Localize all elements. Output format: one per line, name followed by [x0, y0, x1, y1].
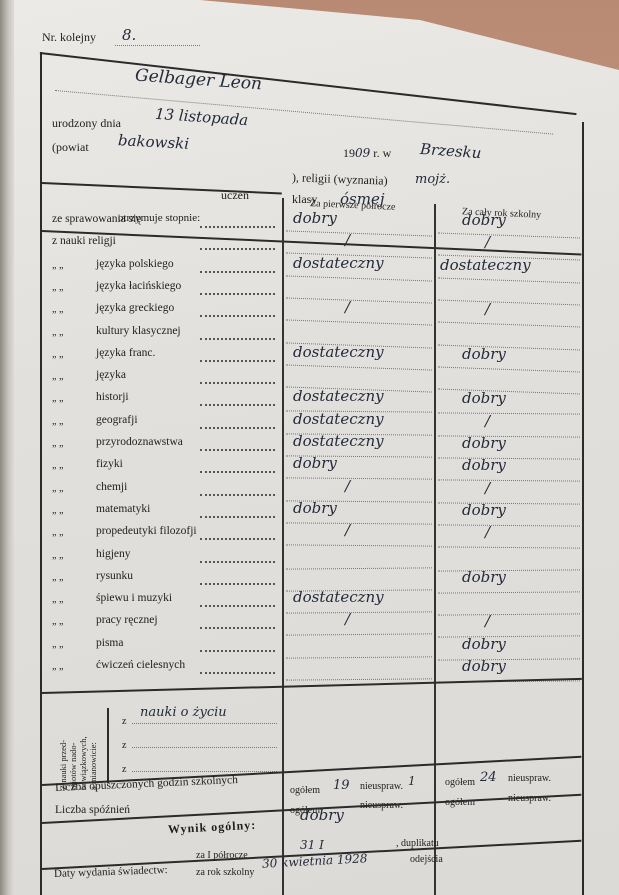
- year-date-label: za rok szkolny: [196, 867, 254, 878]
- grade-full-year: /: [485, 412, 490, 430]
- grade-full-year: dobry: [462, 657, 506, 675]
- overall-result-value: dobry: [300, 806, 344, 824]
- year-unexcused-label: nieuspraw.: [508, 773, 551, 784]
- leader-dots: [200, 226, 275, 228]
- leader-dots: [200, 516, 275, 518]
- leader-dots: [200, 248, 275, 250]
- religion-value: mojż.: [415, 172, 450, 187]
- subject-label: rysunku: [96, 570, 133, 582]
- grade-first-half: dostateczny: [293, 432, 384, 450]
- grade-full-year: dostateczny: [440, 256, 531, 274]
- optional-row-3-prefix: z: [122, 764, 126, 775]
- grade-full-year: /: [485, 612, 490, 630]
- serial-label: Nr. kolejny: [42, 30, 96, 45]
- subject-label: pracy ręcznej: [96, 614, 158, 626]
- year-total-label: ogółem: [445, 777, 475, 788]
- optional-row-1-prefix: z: [122, 716, 126, 727]
- grade-full-year: dobry: [462, 211, 506, 229]
- subject-label: pisma: [96, 637, 123, 649]
- subject-label: higjeny: [96, 548, 131, 560]
- ditto-mark: „ „: [52, 438, 63, 449]
- first-half-unexcused-value: 1: [408, 774, 416, 788]
- optional-row-1-line: [132, 723, 277, 724]
- frame-left-border: [40, 52, 42, 895]
- leader-dots: [200, 672, 275, 674]
- grade-first-half: dobry: [293, 454, 337, 472]
- grade-full-year: dobry: [462, 635, 506, 653]
- frame-right-border: [582, 122, 584, 895]
- ditto-mark: „ „: [52, 460, 63, 471]
- grade-first-half: /: [345, 298, 350, 316]
- subject-label: przyrodoznawstwa: [96, 436, 183, 448]
- first-half-total-label: ogółem: [290, 785, 320, 796]
- leader-dots: [200, 627, 275, 629]
- subject-label: z nauki religji: [52, 235, 116, 247]
- leader-dots: [200, 583, 275, 585]
- leader-dots: [200, 605, 275, 607]
- serial-value: 8.: [122, 26, 136, 44]
- grade-full-year: dobry: [462, 434, 506, 452]
- col-divider-2: [434, 204, 436, 895]
- subject-label: języka polskiego: [96, 258, 174, 270]
- subject-label: matematyki: [96, 503, 150, 515]
- grade-full-year: /: [485, 233, 490, 251]
- ditto-mark: „ „: [52, 550, 63, 561]
- ditto-mark: „ „: [52, 416, 63, 427]
- grade-first-half: /: [345, 521, 350, 539]
- subject-label: geografji: [96, 414, 138, 426]
- leader-dots: [200, 650, 275, 652]
- ditto-mark: „ „: [52, 483, 63, 494]
- grade-full-year: dobry: [462, 456, 506, 474]
- subject-label: historji: [96, 391, 129, 403]
- year-total-value: 24: [480, 770, 497, 785]
- leaving-label: odejścia: [410, 854, 443, 865]
- serial-underline: [115, 45, 200, 46]
- grade-full-year: /: [485, 300, 490, 318]
- ditto-mark: „ „: [52, 327, 63, 338]
- leader-dots: [200, 538, 275, 540]
- grade-first-half: /: [345, 610, 350, 628]
- optional-row-1-value: nauki o życiu: [140, 705, 227, 720]
- ditto-mark: „ „: [52, 527, 63, 538]
- first-half-date-label: za I półrocze: [196, 850, 248, 861]
- place-label: r. w: [373, 146, 391, 160]
- first-half-unexcused-label: nieuspraw.: [360, 781, 403, 792]
- subject-label: fizyki: [96, 458, 123, 470]
- born-label: urodzony dnia: [52, 116, 121, 131]
- optional-row-2-line: [132, 747, 277, 748]
- leader-dots: [200, 338, 275, 340]
- district-label: (powiat: [52, 140, 89, 155]
- leader-dots: [200, 561, 275, 563]
- birth-year: 1909 r. w: [343, 146, 391, 161]
- leader-dots: [200, 360, 275, 362]
- ditto-mark: „ „: [52, 282, 63, 293]
- grade-full-year: dobry: [462, 501, 506, 519]
- ditto-mark: „ „: [52, 594, 63, 605]
- ditto-mark: „ „: [52, 260, 63, 271]
- grade-full-year: /: [485, 523, 490, 541]
- ditto-mark: „ „: [52, 371, 63, 382]
- ditto-mark: „ „: [52, 304, 63, 315]
- grade-full-year: dobry: [462, 345, 506, 363]
- duplicate-label: , duplikatu: [396, 838, 439, 849]
- grade-first-half: dostateczny: [293, 343, 384, 361]
- optional-bracket: [107, 708, 109, 783]
- ditto-mark: „ „: [52, 639, 63, 650]
- grade-first-half: dostateczny: [293, 254, 384, 272]
- grade-first-half: dostateczny: [293, 588, 384, 606]
- subject-label: propedeutyki filozofji: [96, 525, 197, 537]
- grade-first-half: dostateczny: [293, 410, 384, 428]
- subject-label: ze sprawowania się: [52, 213, 141, 225]
- leader-dots: [200, 494, 275, 496]
- col-divider-1: [282, 198, 284, 895]
- ditto-mark: „ „: [52, 572, 63, 583]
- grade-full-year: dobry: [462, 389, 506, 407]
- grade-first-half: /: [345, 231, 350, 249]
- first-half-date-value: 31 I: [300, 838, 324, 852]
- leader-dots: [200, 271, 275, 273]
- leader-dots: [200, 427, 275, 429]
- grade-first-half: dobry: [293, 209, 337, 227]
- grade-first-half: dobry: [293, 499, 337, 517]
- subject-label: języka: [96, 369, 126, 381]
- grade-first-half: dostateczny: [293, 387, 384, 405]
- leader-dots: [200, 471, 275, 473]
- subject-label: śpiewu i muzyki: [96, 592, 172, 604]
- year-value: 09: [355, 146, 370, 160]
- district-value: bakowski: [118, 131, 190, 153]
- year-prefix: 19: [343, 146, 355, 160]
- book-spine: [0, 0, 14, 895]
- ditto-mark: „ „: [52, 349, 63, 360]
- subject-label: języka greckiego: [96, 302, 174, 314]
- grade-full-year: dobry: [462, 568, 506, 586]
- grade-full-year: /: [485, 479, 490, 497]
- subject-label: ćwiczeń cielesnych: [96, 659, 185, 671]
- subject-label: kultury klasycznej: [96, 325, 181, 337]
- ditto-mark: „ „: [52, 393, 63, 404]
- leader-dots: [200, 315, 275, 317]
- grade-first-half: /: [345, 477, 350, 495]
- late-count-label: Liczba spóźnień: [55, 804, 130, 816]
- ditto-mark: „ „: [52, 661, 63, 672]
- leader-dots: [200, 382, 275, 384]
- first-half-total-value: 19: [333, 778, 350, 793]
- subject-label: języka łacińskiego: [96, 280, 181, 292]
- subject-label: języka franc.: [96, 347, 155, 359]
- leader-dots: [200, 449, 275, 451]
- leader-dots: [200, 404, 275, 406]
- optional-row-2-prefix: z: [122, 740, 126, 751]
- ditto-mark: „ „: [52, 505, 63, 516]
- ditto-mark: „ „: [52, 616, 63, 627]
- leader-dots: [200, 293, 275, 295]
- subject-label: chemji: [96, 481, 127, 493]
